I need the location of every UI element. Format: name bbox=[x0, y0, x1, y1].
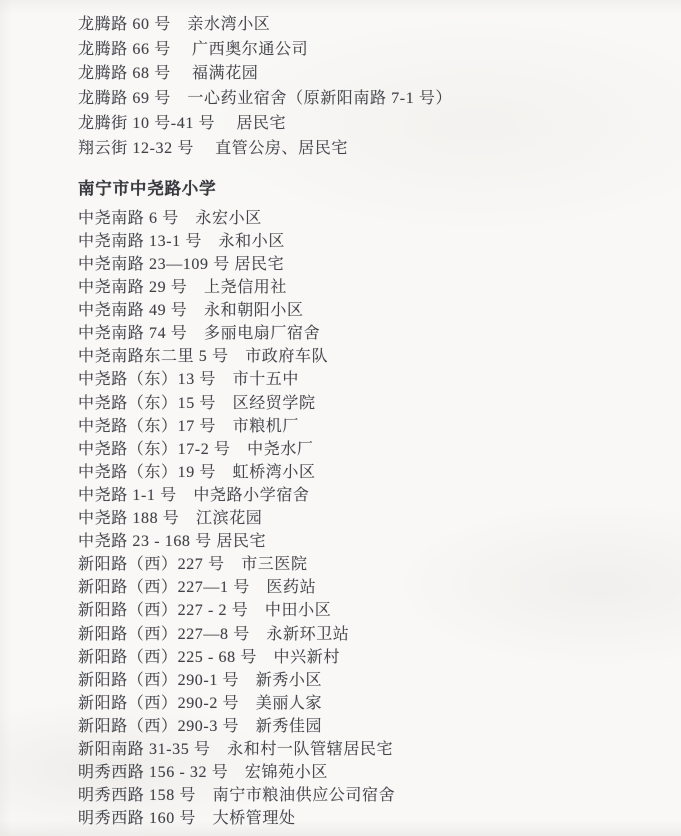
address-line: 中尧南路 13-1 号 永和小区 bbox=[78, 228, 681, 251]
section-zhongyao-addresses: 中尧南路 6 号 永宏小区 中尧南路 13-1 号 永和小区 中尧南路 23—1… bbox=[78, 205, 681, 829]
address-line: 中尧路 188 号 江滨花园 bbox=[78, 505, 681, 528]
address-line: 中尧路（东）19 号 虹桥湾小区 bbox=[78, 459, 681, 482]
address-line: 中尧路（东）17-2 号 中尧水厂 bbox=[78, 436, 681, 459]
address-line: 新阳路（西）227 - 2 号 中田小区 bbox=[78, 597, 681, 620]
address-line: 中尧南路 74 号 多丽电扇厂宿舍 bbox=[78, 320, 681, 343]
section-heading-zhongyaolu-primary-school: 南宁市中尧路小学 bbox=[78, 175, 681, 199]
address-line: 龙腾路 69 号 一心药业宿舍（原新阳南路 7-1 号） bbox=[78, 84, 681, 109]
address-line: 明秀西路 158 号 南宁市粮油供应公司宿舍 bbox=[78, 782, 681, 805]
address-line: 新阳南路 31-35 号 永和村一队管辖居民宅 bbox=[78, 736, 681, 759]
address-line: 翔云街 12-32 号 直管公房、居民宅 bbox=[78, 134, 681, 159]
address-line: 明秀西路 160 号 大桥管理处 bbox=[78, 805, 681, 828]
address-line: 明秀西路 156 - 32 号 宏锦苑小区 bbox=[78, 759, 681, 782]
address-line: 新阳路（西）227 号 市三医院 bbox=[78, 551, 681, 574]
address-line: 中尧路 1-1 号 中尧路小学宿舍 bbox=[78, 482, 681, 505]
address-line: 中尧路 23 - 168 号 居民宅 bbox=[78, 528, 681, 551]
address-line: 新阳路（西）290-3 号 新秀佳园 bbox=[78, 713, 681, 736]
address-line: 龙腾路 66 号 广西奥尔通公司 bbox=[78, 35, 681, 60]
address-line: 中尧南路 49 号 永和朝阳小区 bbox=[78, 297, 681, 320]
address-line: 龙腾路 60 号 亲水湾小区 bbox=[78, 10, 681, 35]
address-line: 新阳路（西）290-2 号 美丽人家 bbox=[78, 690, 681, 713]
section-longteng-addresses: 龙腾路 60 号 亲水湾小区 龙腾路 66 号 广西奥尔通公司 龙腾路 68 号… bbox=[78, 10, 681, 159]
address-line: 中尧南路 6 号 永宏小区 bbox=[78, 205, 681, 228]
page-content: 龙腾路 60 号 亲水湾小区 龙腾路 66 号 广西奥尔通公司 龙腾路 68 号… bbox=[0, 0, 681, 828]
address-line: 龙腾路 68 号 福满花园 bbox=[78, 60, 681, 85]
address-line: 中尧南路 29 号 上尧信用社 bbox=[78, 274, 681, 297]
address-line: 中尧路（东）17 号 市粮机厂 bbox=[78, 413, 681, 436]
address-line: 新阳路（西）225 - 68 号 中兴新村 bbox=[78, 644, 681, 667]
address-line: 新阳路（西）290-1 号 新秀小区 bbox=[78, 667, 681, 690]
address-line: 龙腾街 10 号-41 号 居民宅 bbox=[78, 109, 681, 134]
document-page: 龙腾路 60 号 亲水湾小区 龙腾路 66 号 广西奥尔通公司 龙腾路 68 号… bbox=[0, 0, 681, 836]
address-line: 中尧南路东二里 5 号 市政府车队 bbox=[78, 343, 681, 366]
address-line: 新阳路（西）227—8 号 永新环卫站 bbox=[78, 620, 681, 643]
address-line: 中尧路（东）15 号 区经贸学院 bbox=[78, 390, 681, 413]
address-line: 中尧路（东）13 号 市十五中 bbox=[78, 366, 681, 389]
address-line: 中尧南路 23—109 号 居民宅 bbox=[78, 251, 681, 274]
address-line: 新阳路（西）227—1 号 医药站 bbox=[78, 574, 681, 597]
